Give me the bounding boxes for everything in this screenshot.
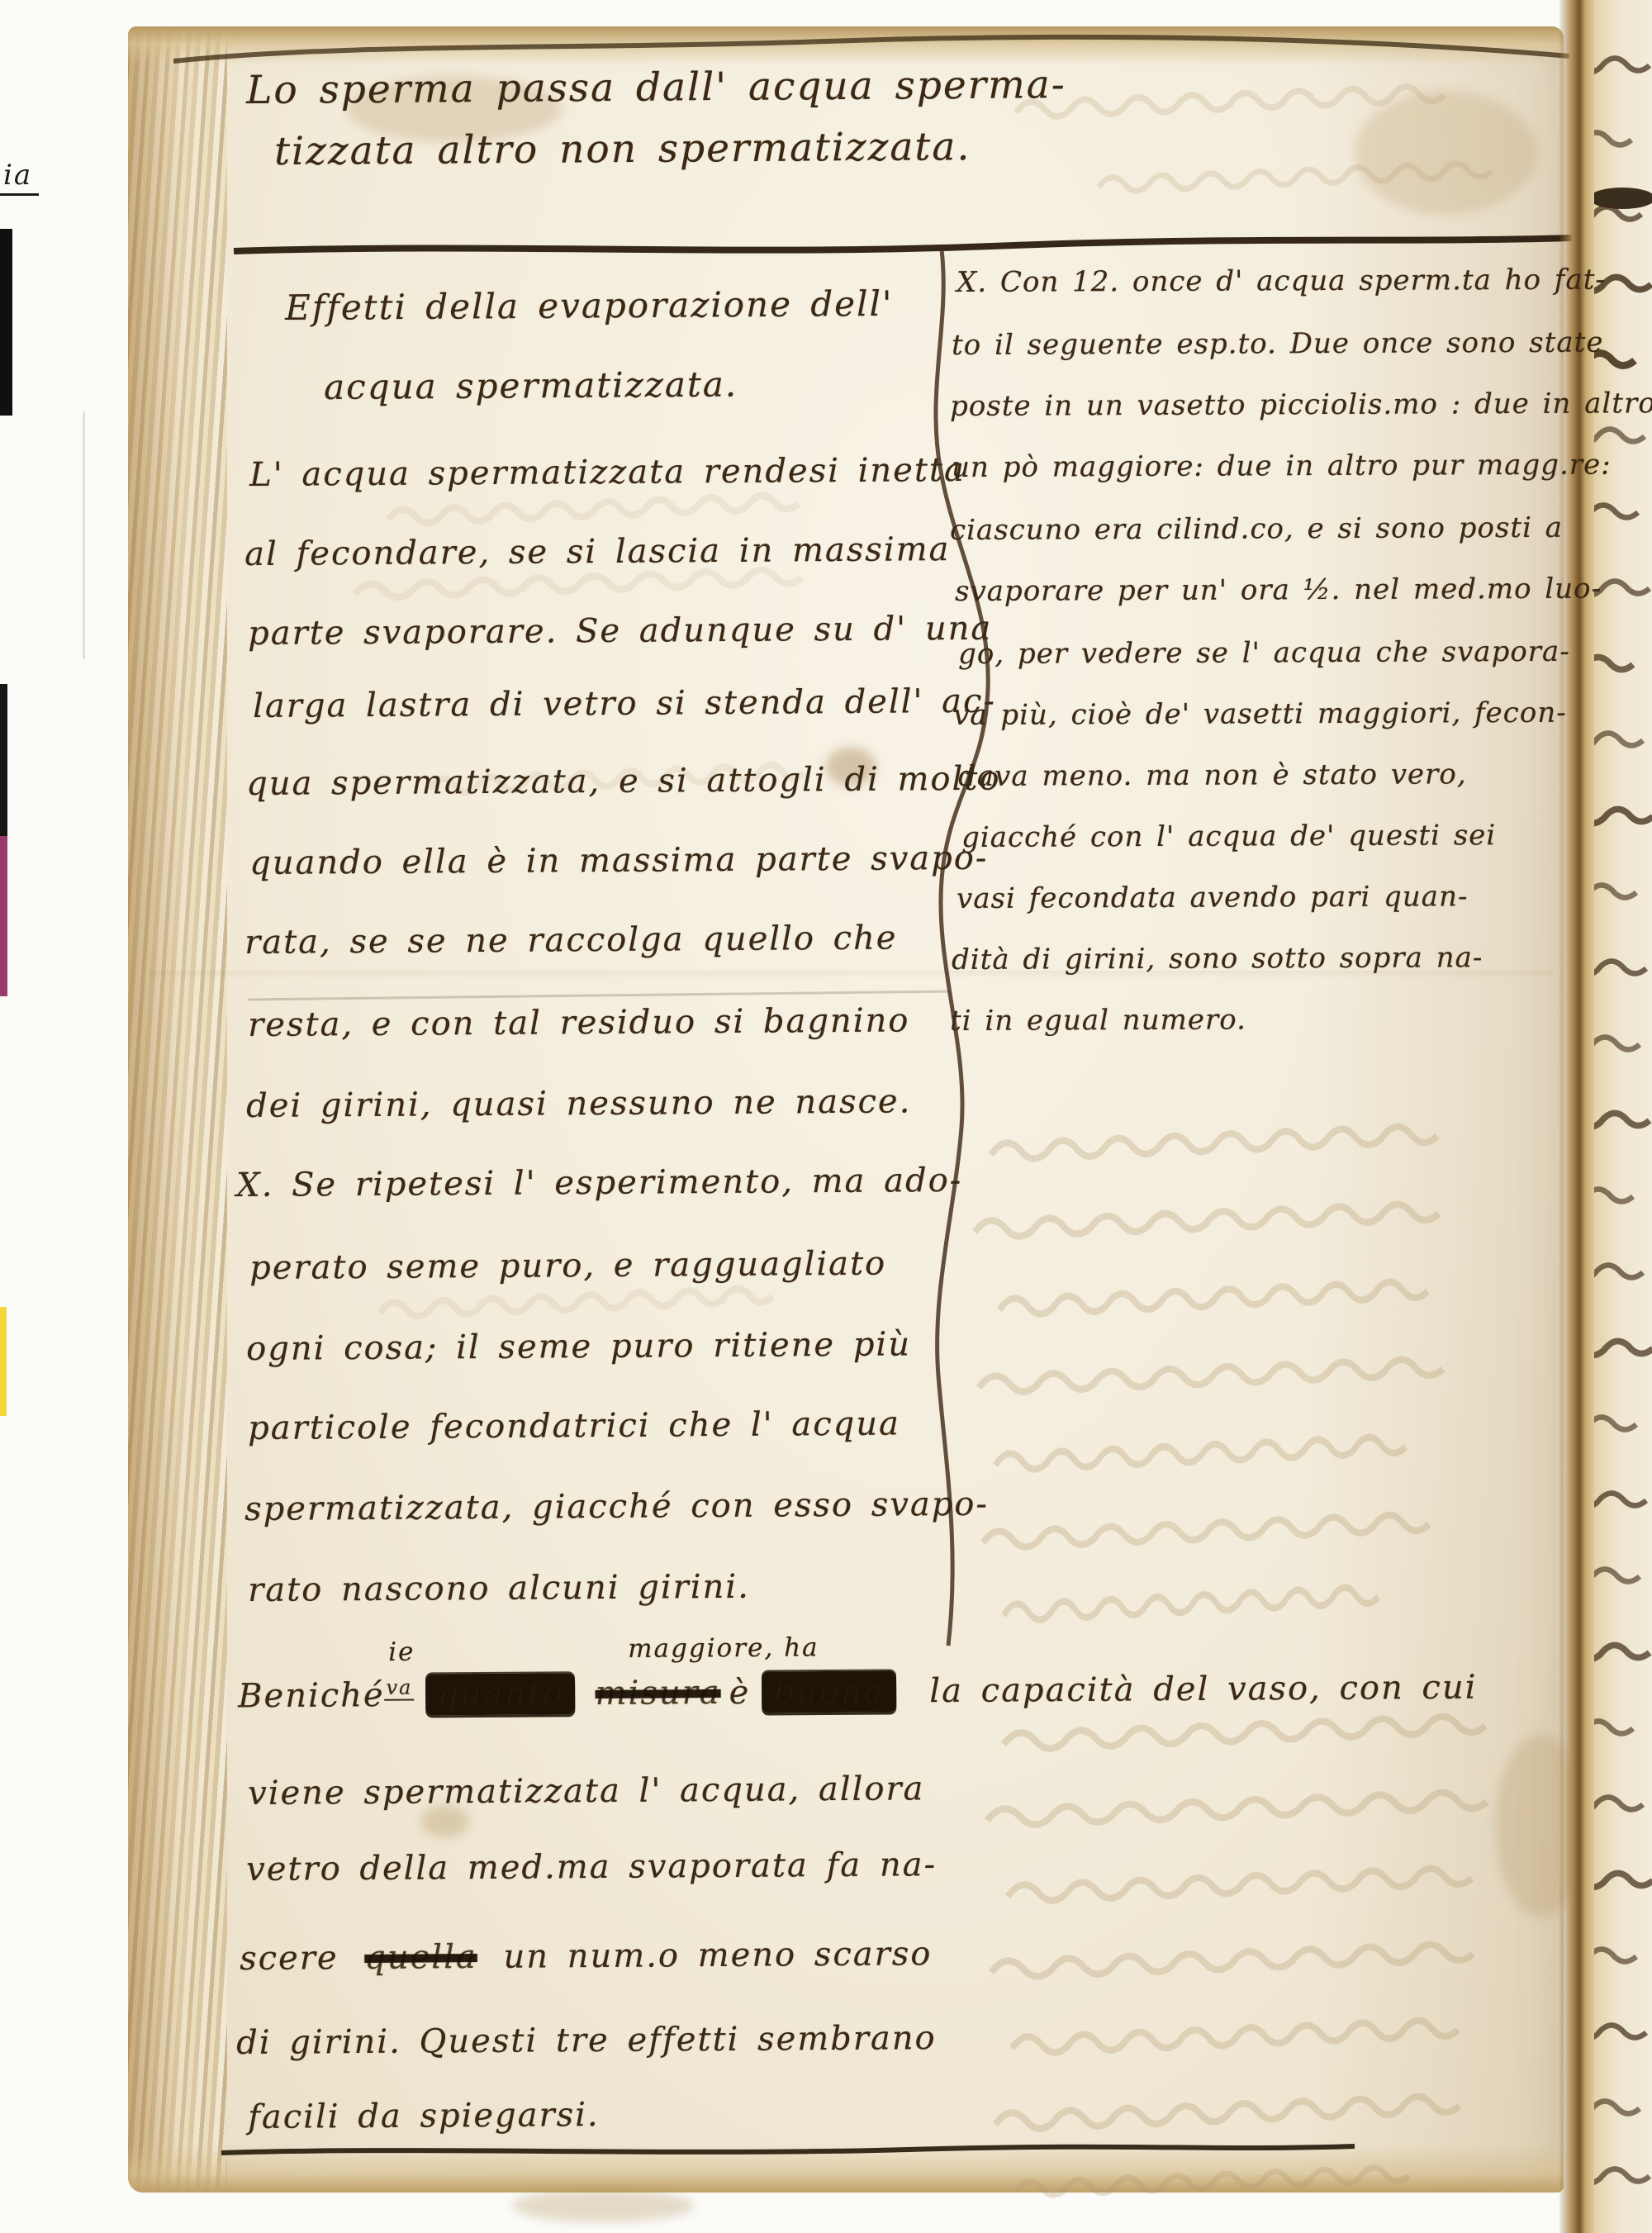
right-column-line: ciascuno era cilind.co, e si sono posti … bbox=[950, 511, 1563, 547]
inked-out-word: buona bbox=[762, 1671, 896, 1713]
bottom-rule bbox=[221, 2146, 1355, 2153]
struck-word: misura bbox=[595, 1674, 720, 1713]
closing-line-4: scere quella un num.o meno scarso bbox=[240, 1935, 933, 1978]
interlinear-insertion: ie bbox=[388, 1637, 415, 1667]
closing-phrase: la capacità del vaso, con cui bbox=[929, 1669, 1477, 1711]
right-column-line: dava meno. ma non è stato vero, bbox=[958, 758, 1467, 793]
left-column-line: qua spermatizzata, e si attogli di molto bbox=[246, 760, 1001, 803]
inked-out-word: quanto bbox=[425, 1673, 575, 1715]
left-column-line: spermatizzata, giacché con esso svapo- bbox=[244, 1485, 989, 1528]
manuscript-scan: { "scan": { "left_margin_fragment": "ia"… bbox=[0, 0, 1652, 2233]
closing-line-2: viene spermatizzata l' acqua, allora bbox=[248, 1770, 925, 1813]
left-column-line: perato seme puro, e ragguagliato bbox=[249, 1245, 886, 1287]
right-column-line: un pò maggiore: due in altro pur magg.re… bbox=[952, 449, 1612, 484]
top-rule bbox=[234, 238, 1572, 251]
superscript-abbreviation: va bbox=[384, 1676, 414, 1701]
page-top-edge-line bbox=[173, 37, 1569, 61]
left-column-line: quando ella è in massima parte svapo- bbox=[249, 839, 988, 882]
left-column-line: dei girini, quasi nessuno ne nasce. bbox=[246, 1082, 912, 1125]
section-heading-line-1: Effetti della evaporazione dell' bbox=[285, 283, 894, 328]
left-column-line: larga lastra di vetro si stenda dell' ac… bbox=[253, 682, 996, 725]
closing-line-3: vetro della med.ma svaporata fa na- bbox=[246, 1846, 937, 1889]
right-column-line: vasi fecondata avendo pari quan- bbox=[957, 880, 1468, 915]
left-column-line: rata, se se ne raccolga quello che bbox=[244, 919, 898, 962]
closing-phrase: un num.o meno scarso bbox=[503, 1935, 932, 1976]
closing-word: Beniché bbox=[238, 1676, 385, 1715]
page-title-line-1: Lo sperma passa dall' acqua sperma- bbox=[246, 62, 1066, 113]
struck-word: quella bbox=[364, 1938, 477, 1977]
bleedthrough-ink bbox=[975, 1127, 1443, 1620]
right-column-line: X. Con 12. once d' acqua sperm.ta ho fat… bbox=[957, 264, 1606, 299]
right-column-line: svaporare per un' ora ½. nel med.mo luo- bbox=[955, 573, 1602, 608]
right-column-line: poste in un vasetto picciolis.mo : due i… bbox=[950, 387, 1652, 423]
right-column-line: giacché con l' acqua de' questi sei bbox=[961, 819, 1496, 854]
bleedthrough-ink bbox=[987, 1717, 1487, 2195]
left-column-line: rato nascono alcuni girini. bbox=[248, 1568, 750, 1609]
closing-word: è bbox=[729, 1674, 750, 1712]
left-column-line: particole fecondatrici che l' acqua bbox=[248, 1404, 900, 1447]
section-heading-line-2: acqua spermatizzata. bbox=[324, 364, 738, 407]
right-column-line: to il seguente esp.to. Due once sono sta… bbox=[952, 326, 1603, 362]
page-title-line-2: tizzata altro non spermatizzata. bbox=[274, 124, 971, 174]
interlinear-insertion: maggiore, ha bbox=[628, 1632, 819, 1664]
closing-word: scere bbox=[240, 1939, 339, 1978]
left-column-line: al fecondare, se si lascia in massima bbox=[244, 530, 951, 573]
left-column-line: resta, e con tal residuo si bagnino bbox=[248, 1001, 910, 1044]
faint-guide-line bbox=[248, 991, 950, 1000]
closing-line-6: facili da spiegarsi. bbox=[248, 2096, 600, 2136]
right-column-line: ti in egual numero. bbox=[950, 1003, 1246, 1038]
left-column-line: X. Se ripetesi l' esperimento, ma ado- bbox=[236, 1162, 962, 1204]
right-column-line: go, per vedere se l' acqua che svapora- bbox=[958, 635, 1570, 671]
bleedthrough-ink bbox=[1016, 87, 1491, 191]
right-column-line: dità di girini, sono sotto sopra na- bbox=[952, 941, 1483, 976]
right-column-line: va più, cioè de' vasetti maggiori, fecon… bbox=[953, 696, 1567, 732]
closing-line-5: di girini. Questi tre effetti sembrano bbox=[236, 2019, 937, 2062]
left-column-line: L' acqua spermatizzata rendesi inetta bbox=[249, 451, 966, 494]
left-column-line: ogni cosa; il seme puro ritiene più bbox=[246, 1325, 911, 1368]
left-column-line: parte svaporare. Se adunque su d' una bbox=[248, 610, 992, 653]
